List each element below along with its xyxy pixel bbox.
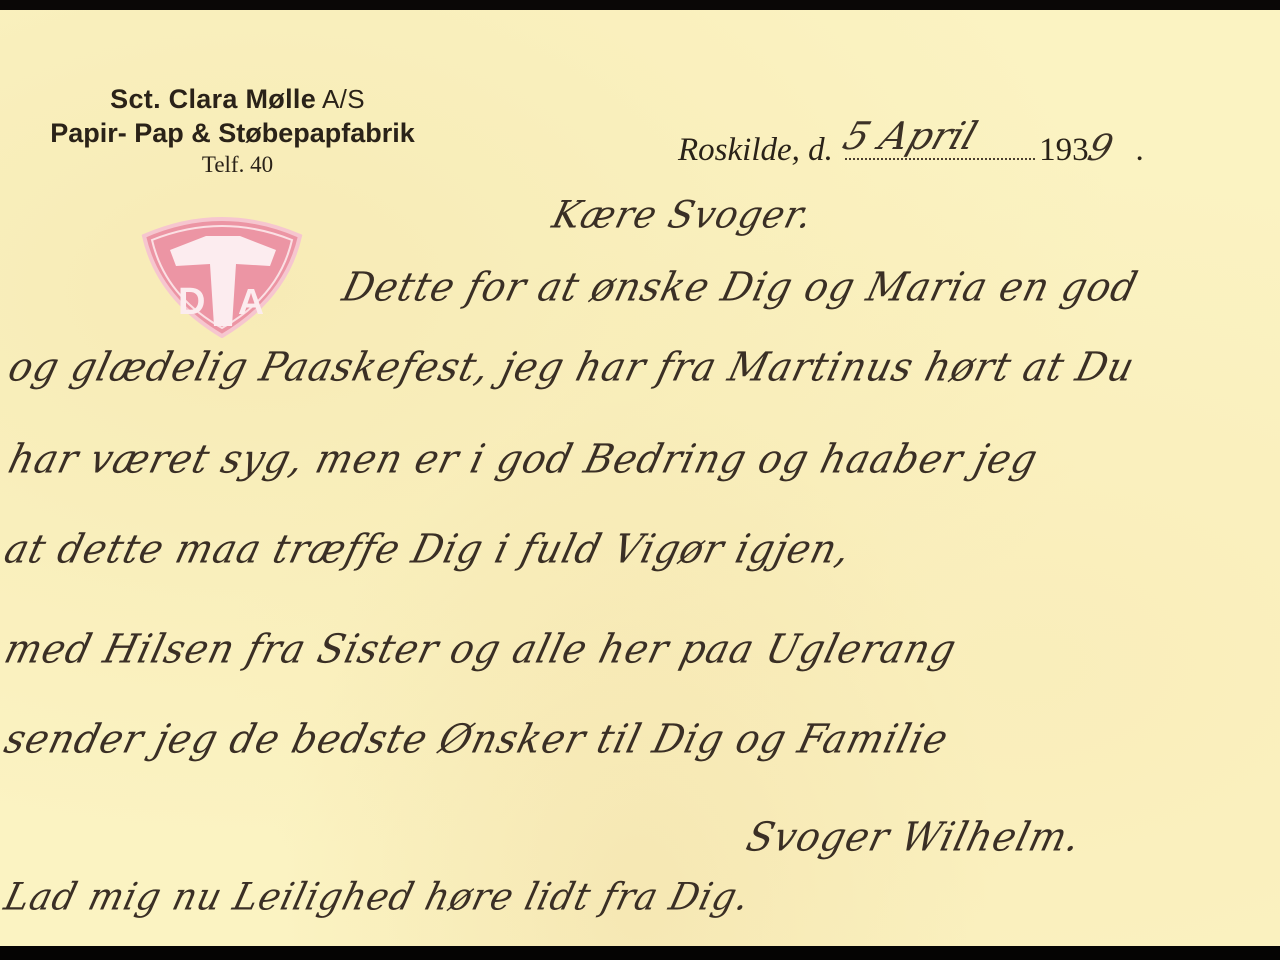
dateline-period: . (1136, 132, 1144, 168)
date-day: 5 (838, 114, 876, 158)
company-business: Papir- Pap & Støbepapfabrik (0, 116, 475, 150)
year-printed: 193 (1039, 132, 1089, 168)
letter-line-1: Dette for at ønske Dig og Maria en god (338, 264, 1143, 310)
letterhead: Sct. Clara MølleA/S Papir- Pap & Støbepa… (0, 82, 475, 180)
dia-shield-logo-icon: D A (136, 208, 308, 338)
date-fill-line: 5 April (845, 136, 1035, 160)
postscript: Lad mig nu Leilighed høre lidt fra Dig. (0, 876, 754, 919)
logo-letter-a: A (238, 281, 264, 322)
letter-line-6: sender jeg de bedste Ønsker til Dig og F… (0, 716, 953, 762)
logo-letter-d: D (178, 281, 205, 323)
letter-paper: Sct. Clara MølleA/S Papir- Pap & Støbepa… (0, 10, 1280, 946)
date-month: April (874, 114, 983, 158)
letter-line-4: at dette maa træffe Dig i fuld Vigør igj… (0, 526, 856, 572)
place-label: Roskilde, d. (678, 132, 833, 168)
company-name-text: Sct. Clara Mølle (110, 84, 316, 114)
letter-line-5: med Hilsen fra Sister og alle her paa Ug… (0, 626, 961, 672)
company-phone: Telf. 40 (0, 150, 475, 180)
salutation: Kære Svoger. (548, 194, 817, 237)
dateline: Roskilde, d. 5 April 1939. (678, 128, 1144, 178)
letter-line-3: har været syg, men er i god Bedring og h… (4, 436, 1043, 482)
closing-signature: Svoger Wilhelm. (742, 814, 1086, 860)
scan-border-bottom (0, 946, 1280, 960)
company-name: Sct. Clara MølleA/S (0, 82, 475, 116)
scan-border-top (0, 0, 1280, 10)
company-suffix: A/S (322, 84, 365, 114)
letter-line-2: og glædelig Paaskefest, jeg har fra Mart… (4, 344, 1140, 390)
handwritten-date: 5 April (838, 114, 983, 158)
